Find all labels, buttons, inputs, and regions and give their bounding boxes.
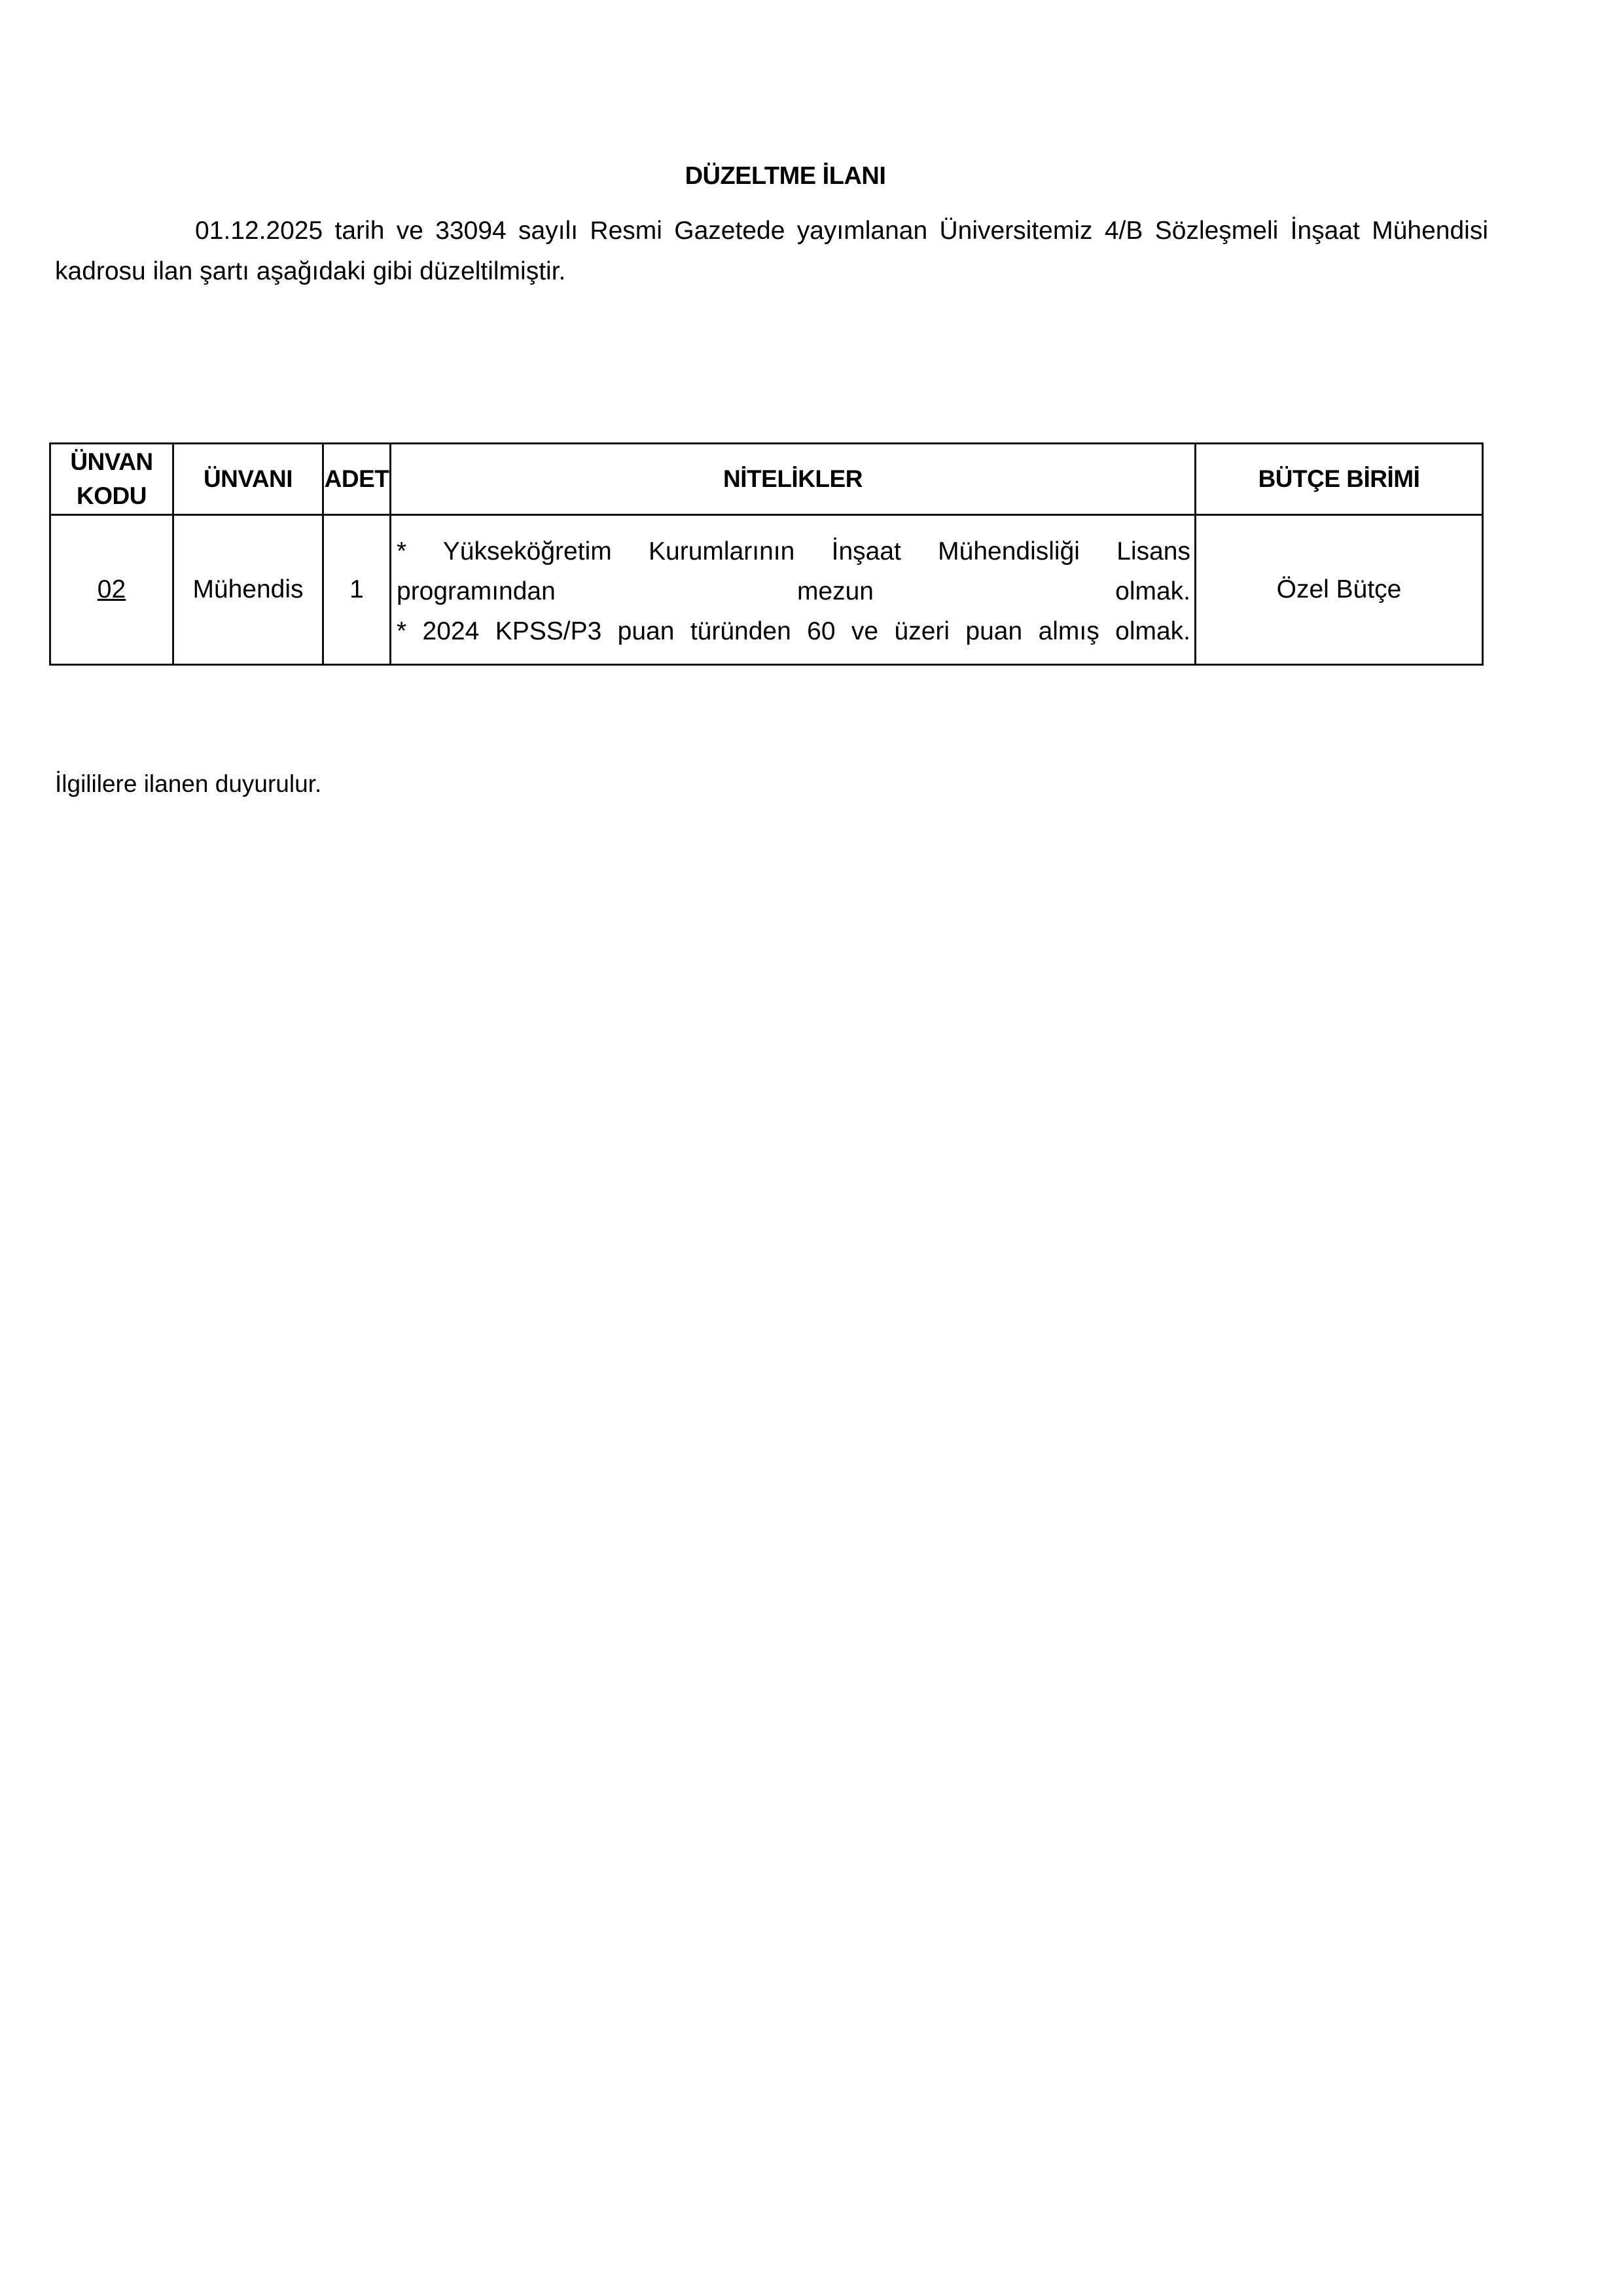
qualification-line: programından mezun olmak.: [397, 571, 1190, 611]
cell-nitelikler: * Yükseköğretim Kurumlarının İnşaat Mühe…: [391, 515, 1196, 665]
qualification-line: * Yükseköğretim Kurumlarının İnşaat Mühe…: [397, 531, 1190, 571]
table-header-row: ÜNVANKODU ÜNVANI ADET NİTELİKLER BÜTÇE B…: [50, 444, 1483, 515]
header-unvani: ÜNVANI: [173, 444, 323, 515]
header-butce-birimi: BÜTÇE BİRİMİ: [1196, 444, 1483, 515]
position-table: ÜNVANKODU ÜNVANI ADET NİTELİKLER BÜTÇE B…: [49, 442, 1484, 666]
cell-unvani: Mühendis: [173, 515, 323, 665]
header-unvan-kodu: ÜNVANKODU: [50, 444, 173, 515]
page-title: DÜZELTME İLANI: [0, 162, 1571, 190]
closing-statement: İlgililere ilanen duyurulur.: [55, 768, 321, 800]
cell-butce-birimi: Özel Bütçe: [1196, 515, 1483, 665]
header-adet: ADET: [323, 444, 391, 515]
cell-unvan-kodu: 02: [50, 515, 173, 665]
qualification-line: * 2024 KPSS/P3 puan türünden 60 ve üzeri…: [397, 611, 1190, 651]
table-row: 02 Mühendis 1 * Yükseköğretim Kurumların…: [50, 515, 1483, 665]
header-nitelikler: NİTELİKLER: [391, 444, 1196, 515]
cell-adet: 1: [323, 515, 391, 665]
unvan-kodu-value: 02: [98, 575, 126, 603]
announcement-paragraph: 01.12.2025 tarih ve 33094 sayılı Resmi G…: [55, 211, 1488, 292]
